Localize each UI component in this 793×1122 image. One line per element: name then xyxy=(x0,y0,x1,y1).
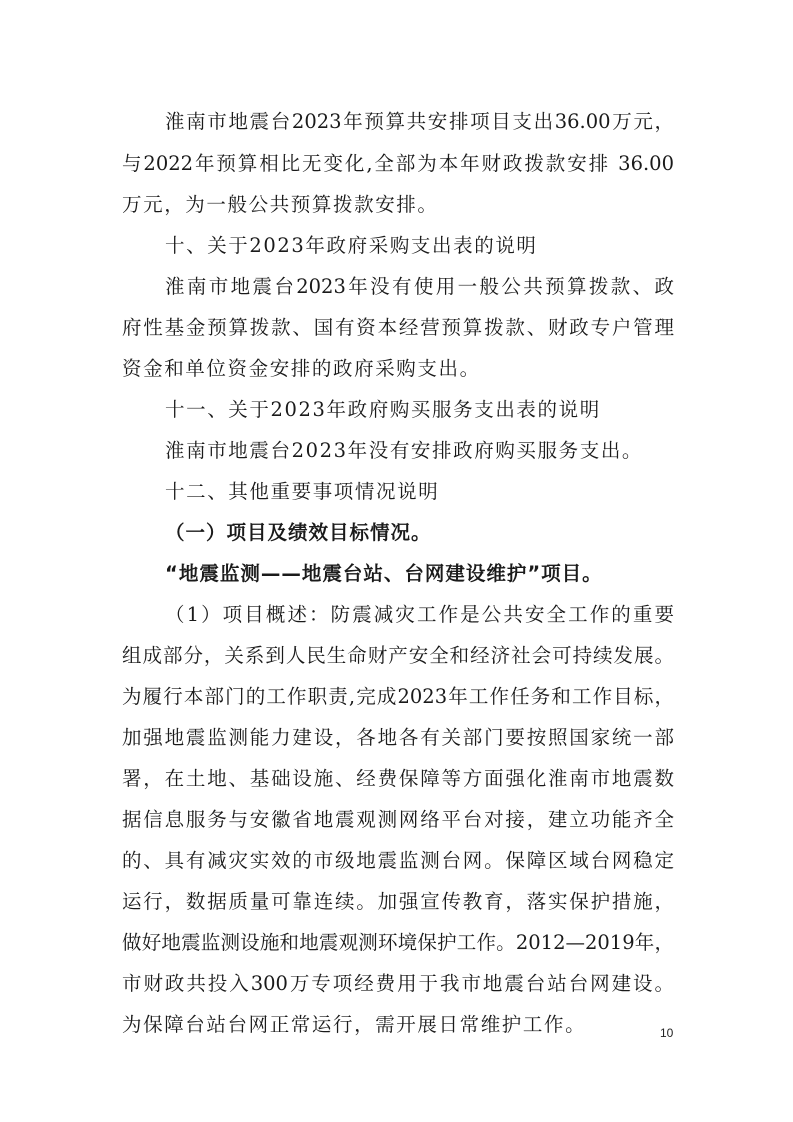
page-number: 10 xyxy=(660,1026,673,1040)
paragraph-line: 加强地震监测能力建设，各地各有关部门要按照国家统一部 xyxy=(122,726,674,750)
paragraph-line: 市财政共投入300万专项经费用于我市地震台站台网建设。 xyxy=(122,972,674,996)
section-heading-line: （一）项目及绩效目标情况。 xyxy=(165,521,674,545)
paragraph-line: 与2022年预算相比无变化,全部为本年财政拨款安排 36.00 xyxy=(122,152,674,176)
paragraph-line: 淮南市地震台2023年没有使用一般公共预算拨款、政 xyxy=(165,275,674,299)
paragraph-line: 十、关于2023年政府采购支出表的说明 xyxy=(165,234,674,258)
paragraph-line: 十一、关于2023年政府购买服务支出表的说明 xyxy=(165,398,674,422)
paragraph-line: 署，在土地、基础设施、经费保障等方面强化淮南市地震数 xyxy=(122,767,674,791)
paragraph-line: 运行，数据质量可靠连续。加强宣传教育，落实保护措施， xyxy=(122,890,674,914)
paragraph-line: 做好地震监测设施和地震观测环境保护工作。2012—2019年， xyxy=(122,931,674,955)
paragraph-line: 资金和单位资金安排的政府采购支出。 xyxy=(122,357,674,381)
paragraph-line: 万元，为一般公共预算拨款安排。 xyxy=(122,193,674,217)
paragraph-line: 为履行本部门的工作职责,完成2023年工作任务和工作目标， xyxy=(122,685,674,709)
paragraph-line: 组成部分，关系到人民生命财产安全和经济社会可持续发展。 xyxy=(122,644,674,668)
document-page: 淮南市地震台2023年预算共安排项目支出36.00万元，与2022年预算相比无变… xyxy=(0,0,793,1122)
paragraph-line: 淮南市地震台2023年没有安排政府购买服务支出。 xyxy=(165,439,674,463)
paragraph-line: 的、具有减灾实效的市级地震监测台网。保障区域台网稳定 xyxy=(122,849,674,873)
section-heading-line: “地震监测——地震台站、台网建设维护”项目。 xyxy=(165,562,674,586)
paragraph-line: 淮南市地震台2023年预算共安排项目支出36.00万元， xyxy=(165,110,674,134)
paragraph-line: 为保障台站台网正常运行，需开展日常维护工作。 xyxy=(122,1013,674,1037)
paragraph-line: 据信息服务与安徽省地震观测网络平台对接，建立功能齐全 xyxy=(122,808,674,832)
paragraph-line: 十二、其他重要事项情况说明 xyxy=(165,480,674,504)
paragraph-line: 府性基金预算拨款、国有资本经营预算拨款、财政专户管理 xyxy=(122,316,674,340)
paragraph-line: （1）项目概述：防震减灾工作是公共安全工作的重要 xyxy=(165,603,674,627)
